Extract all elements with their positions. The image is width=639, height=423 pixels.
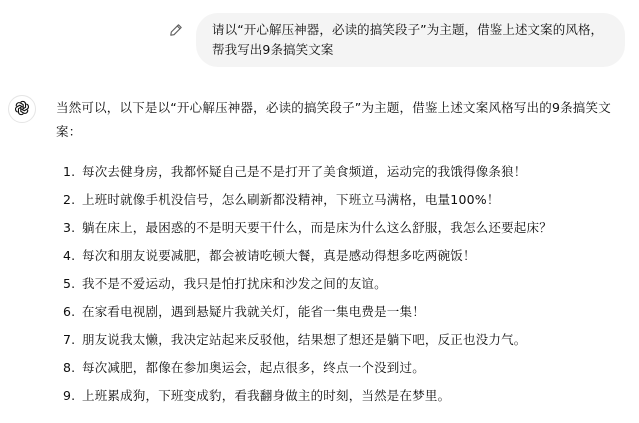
list-item-number: 4.	[63, 242, 79, 270]
user-message-row: 请以“开心解压神器，必读的搞笑段子”为主题，借鉴上述文案的风格， 帮我写出9条搞…	[0, 13, 639, 67]
user-message-bubble: 请以“开心解压神器，必读的搞笑段子”为主题，借鉴上述文案的风格， 帮我写出9条搞…	[196, 13, 625, 67]
assistant-avatar	[8, 95, 36, 123]
list-item-text: 我不是不爱运动，我只是怕打扰床和沙发之间的友谊。	[82, 270, 387, 298]
list-item-number: 7.	[63, 326, 79, 354]
user-message-line-1: 请以“开心解压神器，必读的搞笑段子”为主题，借鉴上述文案的风格，	[212, 20, 609, 40]
list-item-number: 1.	[63, 158, 79, 186]
list-item-text: 在家看电视剧，遇到悬疑片我就关灯，能省一集电费是一集！	[82, 298, 425, 326]
list-item-text: 朋友说我太懒，我决定站起来反驳他，结果想了想还是躺下吧，反正也没力气。	[82, 326, 527, 354]
list-item-number: 5.	[63, 270, 79, 298]
user-message-line-2: 帮我写出9条搞笑文案	[212, 40, 609, 60]
openai-logo-icon	[14, 100, 30, 119]
list-item-text: 上班累成狗，下班变成豹，看我翻身做主的时刻，当然是在梦里。	[82, 382, 450, 410]
assistant-intro: 当然可以，以下是以“开心解压神器，必读的搞笑段子”为主题，借鉴上述文案风格写出的…	[56, 96, 616, 144]
list-item-number: 3.	[63, 214, 79, 242]
list-item-text: 每次去健身房，我都怀疑自己是不是打开了美食频道，运动完的我饿得像条狼！	[82, 158, 527, 186]
list-item-text: 躺在床上，最困惑的不是明天要干什么，而是床为什么这么舒服，我怎么还要起床？	[82, 214, 552, 242]
pencil-icon[interactable]	[169, 23, 183, 37]
list-item-number: 2.	[63, 186, 79, 214]
list-item-text: 每次减肥，都像在参加奥运会，起点很多，终点一个没到过。	[82, 354, 425, 382]
list-item-text: 每次和朋友说要减肥，都会被请吃顿大餐，真是感动得想多吃两碗饭！	[82, 242, 476, 270]
assistant-intro-line-2: 案：	[56, 120, 616, 144]
list-item-number: 6.	[63, 298, 79, 326]
list-item-number: 9.	[63, 382, 79, 410]
list-item-number: 8.	[63, 354, 79, 382]
assistant-intro-line-1: 当然可以，以下是以“开心解压神器，必读的搞笑段子”为主题，借鉴上述文案风格写出的…	[56, 96, 616, 120]
list-item-text: 上班时就像手机没信号，怎么刷新都没精神，下班立马满格，电量100%！	[82, 186, 500, 214]
